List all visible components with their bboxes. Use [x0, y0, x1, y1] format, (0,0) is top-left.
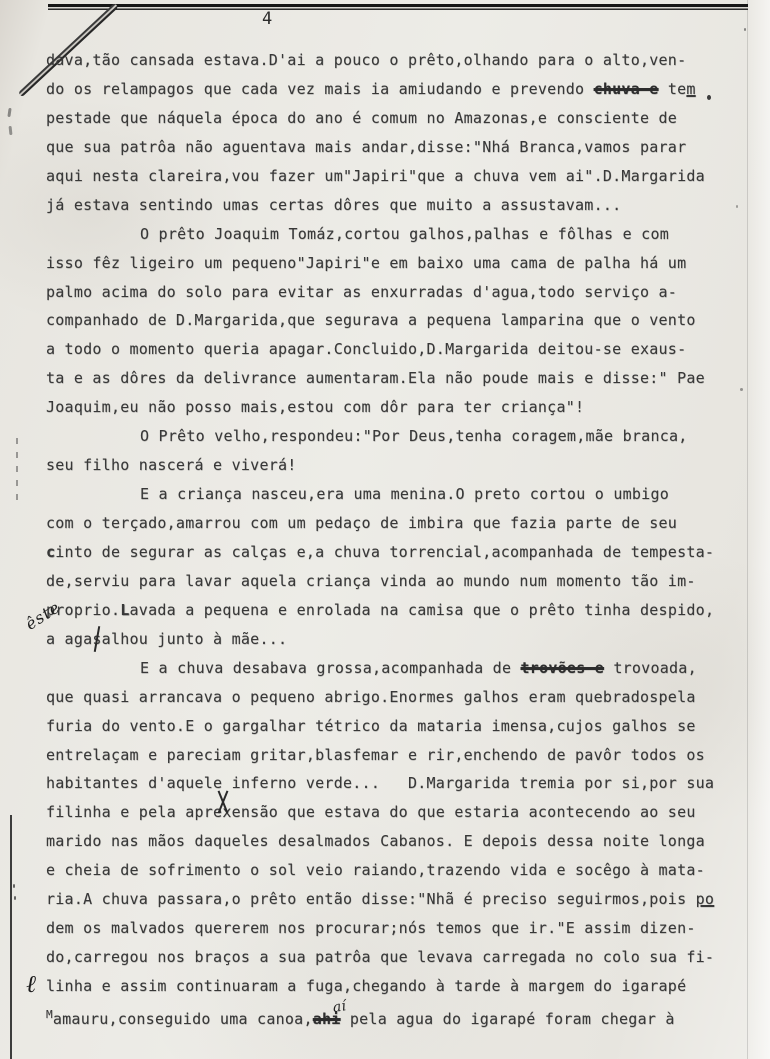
typewritten-text: dava,tão cansada estava.D'ai a pouco o p…	[46, 46, 736, 1030]
text-segment: trovoada,	[604, 659, 697, 677]
text-line: palmo acima do solo para evitar as enxur…	[46, 278, 736, 307]
text-segment: ria.A chuva passara,o prêto então disse:…	[46, 890, 696, 908]
text-line: que sua patrôa não aguentava mais andar,…	[46, 133, 736, 162]
text-line: ta e as dôres da delivrance aumentaram.E…	[46, 364, 736, 393]
scan-edge-line-top	[48, 4, 748, 12]
text-segment: avada a pequena e enrolada na camisa que…	[130, 601, 715, 619]
left-margin-dashed-mark	[16, 438, 18, 500]
text-segment: furia do vento.E o gargalhar tétrico da …	[46, 717, 696, 735]
text-segment: into de segurar as calças e,a chuva torr…	[55, 543, 714, 561]
scan-edge-line-right	[747, 0, 748, 1059]
text-segment-strike: trovões e	[521, 659, 605, 677]
text-segment: dava,tão cansada estava.D'ai a pouco o p…	[46, 51, 686, 69]
scan-edge-line-left	[10, 815, 12, 1059]
text-segment: aqui nesta clareira,vou fazer um"Japiri"…	[46, 167, 705, 185]
text-segment-sup: M	[46, 1008, 53, 1021]
text-segment: E a criança nasceu,era uma menina.O pret…	[140, 485, 669, 503]
handwritten-x-mark	[214, 790, 232, 814]
text-line: do os relampagos que cada vez mais ia am…	[46, 75, 736, 104]
text-line: E a criança nasceu,era uma menina.O pret…	[46, 480, 736, 509]
text-segment: filinha e pela aprexensão que estava do …	[46, 803, 696, 821]
text-line: marido nas mãos daqueles desalmados Caba…	[46, 827, 736, 856]
text-segment: companhado de D.Margarida,que segurava a…	[46, 311, 696, 329]
text-line: O prêto Joaquim Tomáz,cortou galhos,palh…	[46, 220, 736, 249]
text-segment: do os relampagos que cada vez mais ia am…	[46, 80, 594, 98]
text-line: que quasi arrancava o pequeno abrigo.Eno…	[46, 683, 736, 712]
text-line: furia do vento.E o gargalhar tétrico da …	[46, 712, 736, 741]
text-line: entrelaçam e pareciam gritar,blasfemar e…	[46, 741, 736, 770]
paper-right-edge	[746, 0, 770, 1059]
text-line: a todo o momento queria apagar.Concluido…	[46, 335, 736, 364]
text-line: isso fêz ligeiro um pequeno"Japiri"e em …	[46, 249, 736, 278]
text-segment: a agasalhou junto à mãe...	[46, 630, 287, 648]
text-line: já estava sentindo umas certas dôres que…	[46, 191, 736, 220]
text-line: Joaquim,eu não posso mais,estou com dôr …	[46, 393, 736, 422]
text-segment-bold: L	[120, 601, 129, 619]
text-segment: pestade que náquela época do ano é comum…	[46, 109, 677, 127]
ink-speck	[707, 95, 711, 100]
text-segment: dem os malvados quererem nos procurar;nó…	[46, 919, 696, 937]
text-segment: e cheia de sofrimento o sol veio raiando…	[46, 861, 705, 879]
text-segment: amauru,conseguido uma canoa,	[53, 1010, 313, 1028]
text-line: ria.A chuva passara,o prêto então disse:…	[46, 885, 736, 914]
text-segment: Joaquim,eu não posso mais,estou com dôr …	[46, 398, 584, 416]
text-segment: isso fêz ligeiro um pequeno"Japiri"e em …	[46, 254, 686, 272]
text-segment: linha e assim continuaram a fuga,chegand…	[46, 977, 686, 995]
text-segment: do,carregou nos braços a sua patrôa que …	[46, 948, 714, 966]
text-segment: E a chuva desabava grossa,acompanhada de	[140, 659, 521, 677]
text-segment: ta e as dôres da delivrance aumentaram.E…	[46, 369, 705, 387]
text-segment: seu filho nascerá e viverá!	[46, 456, 297, 474]
text-segment: que quasi arrancava o pequeno abrigo.Eno…	[46, 688, 696, 706]
ink-speck	[740, 388, 743, 391]
text-line: com o terçado,amarrou com um pedaço de i…	[46, 509, 736, 538]
text-line: seu filho nascerá e viverá!	[46, 451, 736, 480]
text-segment: que sua patrôa não aguentava mais andar,…	[46, 138, 686, 156]
page-number: 4	[262, 9, 273, 29]
handwritten-loop-mark: ℓ	[26, 970, 36, 999]
text-line: cinto de segurar as calças e,a chuva tor…	[46, 538, 736, 567]
text-segment: já estava sentindo umas certas dôres que…	[46, 196, 621, 214]
text-line: aqui nesta clareira,vou fazer um"Japiri"…	[46, 162, 736, 191]
text-line: habitantes d'aquele inferno verde... D.M…	[46, 769, 736, 798]
text-line: a agasalhou junto à mãe...	[46, 625, 736, 654]
ink-speck	[14, 896, 16, 900]
text-segment: palmo acima do solo para evitar as enxur…	[46, 283, 677, 301]
text-line: Mamauru,conseguido uma canoa,ahiaí pela …	[46, 1001, 736, 1030]
text-line: linha e assim continuaram a fuga,chegand…	[46, 972, 736, 1001]
ink-speck	[744, 28, 746, 31]
text-segment-underline: po	[696, 890, 715, 908]
text-line: companhado de D.Margarida,que segurava a…	[46, 306, 736, 335]
ink-speck	[13, 884, 15, 888]
text-line: pestade que náquela época do ano é comum…	[46, 104, 736, 133]
text-segment: marido nas mãos daqueles desalmados Caba…	[46, 832, 705, 850]
text-line: dem os malvados quererem nos procurar;nó…	[46, 914, 736, 943]
text-line: dava,tão cansada estava.D'ai a pouco o p…	[46, 46, 736, 75]
text-segment-underline: m	[686, 80, 695, 98]
text-segment: com o terçado,amarrou com um pedaço de i…	[46, 514, 677, 532]
text-line: filinha e pela aprexensão que estava do …	[46, 798, 736, 827]
text-line: de,serviu para lavar aquela criança vind…	[46, 567, 736, 596]
text-segment: habitantes d'aquele inferno verde... D.M…	[46, 774, 714, 792]
text-segment-strike: chuva e	[594, 80, 659, 98]
text-segment: de,serviu para lavar aquela criança vind…	[46, 572, 696, 590]
text-segment: O Prêto velho,respondeu:"Por Deus,tenha …	[140, 427, 688, 445]
text-line: E a chuva desabava grossa,acompanhada de…	[46, 654, 736, 683]
text-segment: O prêto Joaquim Tomáz,cortou galhos,palh…	[140, 225, 669, 243]
text-segment-bold: c	[46, 543, 55, 561]
text-line: proprio.Lavada a pequena e enrolada na c…	[46, 596, 736, 625]
text-segment: te	[659, 80, 687, 98]
ink-speck	[736, 205, 738, 208]
text-segment: pela agua do igarapé foram chegar à	[341, 1010, 675, 1028]
text-line: do,carregou nos braços a sua patrôa que …	[46, 943, 736, 972]
text-segment: entrelaçam e pareciam gritar,blasfemar e…	[46, 746, 705, 764]
text-line: e cheia de sofrimento o sol veio raiando…	[46, 856, 736, 885]
text-segment: a todo o momento queria apagar.Concluido…	[46, 340, 686, 358]
text-line: O Prêto velho,respondeu:"Por Deus,tenha …	[46, 422, 736, 451]
